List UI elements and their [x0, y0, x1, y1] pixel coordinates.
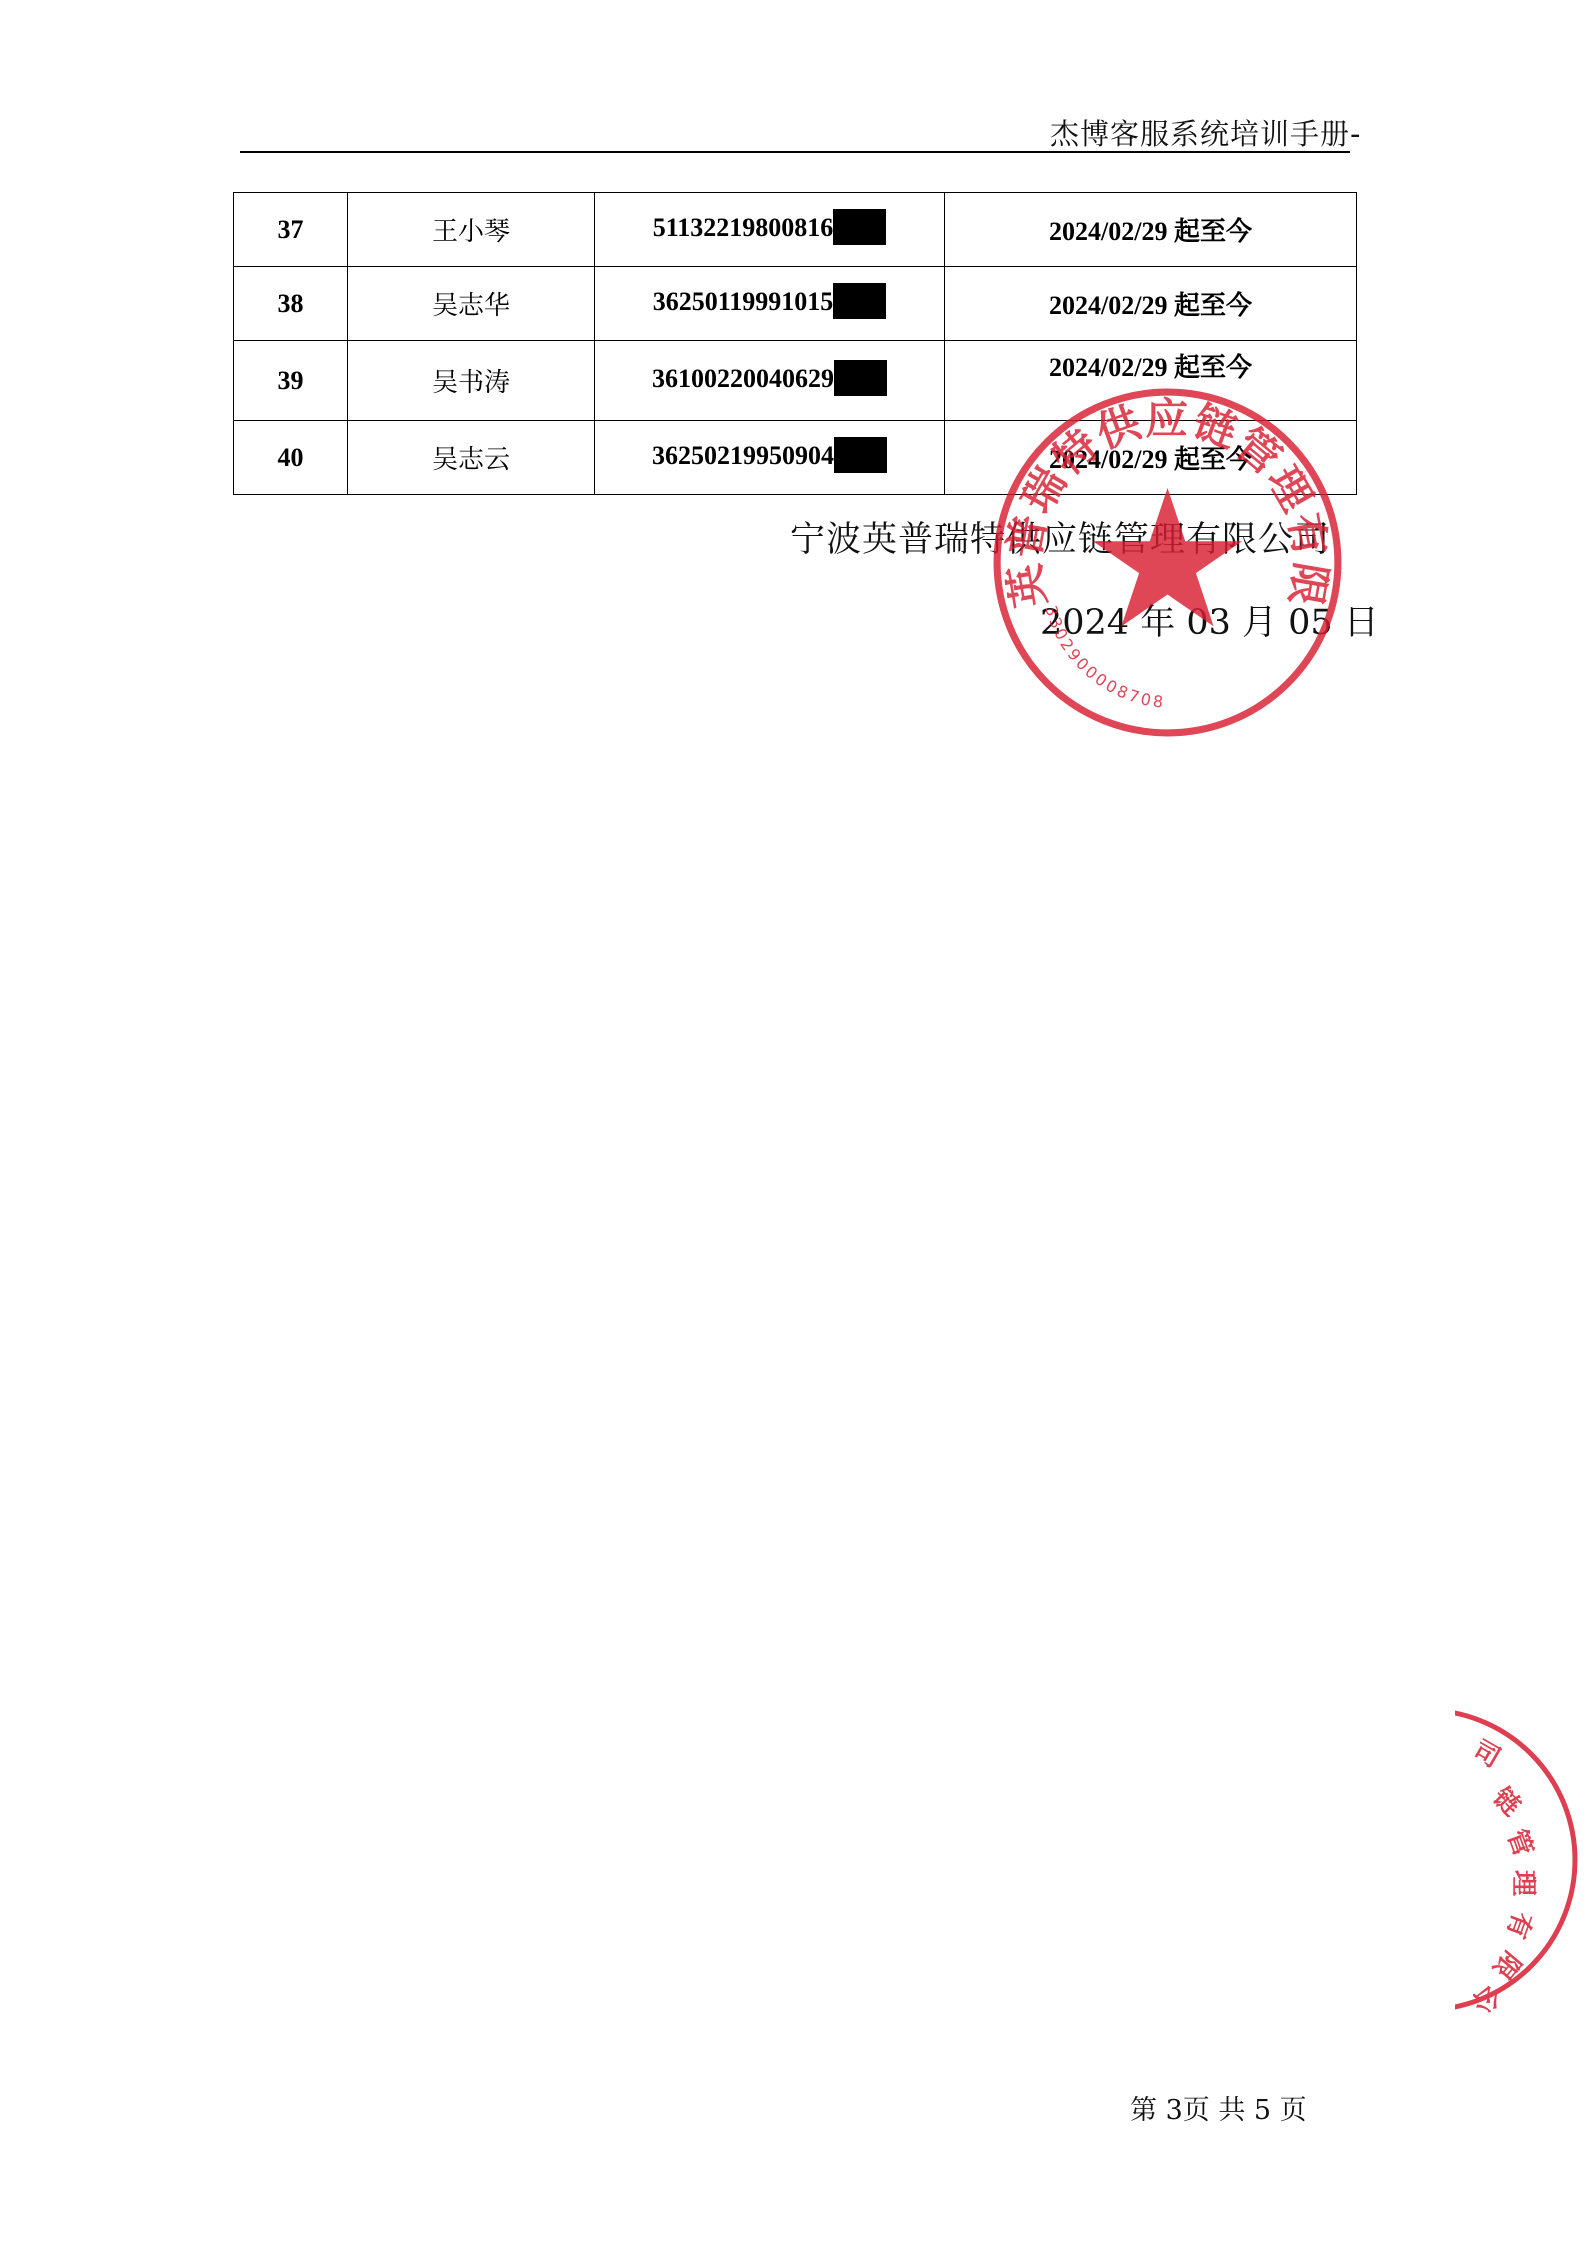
start-date-suffix: 起至今 [1174, 217, 1252, 247]
svg-text:司: 司 [1468, 1735, 1506, 1774]
staff-name: 吴志云 [348, 421, 595, 495]
table-row: 40 吴志云 36250219950904 2024/02/29 起至今 [234, 421, 1357, 495]
id-number-cell: 51132219800816 [595, 193, 945, 267]
redaction-block [833, 283, 886, 319]
id-number-cell: 36100220040629 [595, 341, 945, 421]
start-date-cell: 2024/02/29 起至今 [945, 421, 1357, 495]
row-number: 37 [234, 193, 348, 267]
staff-name: 王小琴 [348, 193, 595, 267]
row-number: 38 [234, 267, 348, 341]
id-number: 36250119991015 [653, 286, 834, 315]
start-date-cell: 2024/02/29 起至今 [945, 341, 1357, 421]
table-row: 38 吴志华 36250119991015 2024/02/29 起至今 [234, 267, 1357, 341]
svg-text:理: 理 [1508, 1870, 1538, 1897]
partial-seal-icon: 司 链 管 理 有 限 公 [1455, 1700, 1587, 2020]
start-date-cell: 2024/02/29 起至今 [945, 193, 1357, 267]
table-row: 39 吴书涛 36100220040629 2024/02/29 起至今 [234, 341, 1357, 421]
row-number: 39 [234, 341, 348, 421]
header-divider [240, 151, 1350, 153]
start-date-suffix: 起至今 [1174, 353, 1252, 383]
staff-name: 吴志华 [348, 267, 595, 341]
id-number-cell: 36250219950904 [595, 421, 945, 495]
svg-text:链: 链 [1486, 1782, 1526, 1822]
document-header-title: 杰博客服系统培训手册- [1050, 112, 1361, 153]
start-date: 2024/02/29 [1049, 217, 1167, 246]
company-signature: 宁波英普瑞特供应链管理有限公司 [790, 512, 1330, 562]
paging-seal-stamp: 司 链 管 理 有 限 公 [1455, 1700, 1587, 2020]
id-number: 36250219950904 [652, 440, 834, 469]
row-number: 40 [234, 421, 348, 495]
start-date-suffix: 起至今 [1174, 445, 1252, 475]
svg-text:有: 有 [1500, 1908, 1537, 1943]
svg-text:公: 公 [1467, 1979, 1505, 2018]
id-number: 36100220040629 [652, 363, 834, 392]
staff-name: 吴书涛 [348, 341, 595, 421]
start-date-suffix: 起至今 [1174, 291, 1252, 321]
start-date-cell: 2024/02/29 起至今 [945, 267, 1357, 341]
redaction-block [834, 360, 887, 396]
start-date: 2024/02/29 [1049, 291, 1167, 320]
start-date: 2024/02/29 [1049, 353, 1167, 382]
redaction-block [834, 437, 887, 473]
id-number: 51132219800816 [653, 212, 834, 241]
page-number: 第 3页 共 5 页 [1130, 2088, 1307, 2127]
signature-date: 2024 年 03 月 05 日 [1040, 595, 1379, 645]
staff-table: 37 王小琴 51132219800816 2024/02/29 起至今 38 … [233, 192, 1357, 495]
id-number-cell: 36250119991015 [595, 267, 945, 341]
start-date: 2024/02/29 [1049, 445, 1167, 474]
svg-text:限: 限 [1487, 1945, 1527, 1984]
svg-text:管: 管 [1501, 1825, 1539, 1860]
table-row: 37 王小琴 51132219800816 2024/02/29 起至今 [234, 193, 1357, 267]
redaction-block [833, 209, 886, 245]
